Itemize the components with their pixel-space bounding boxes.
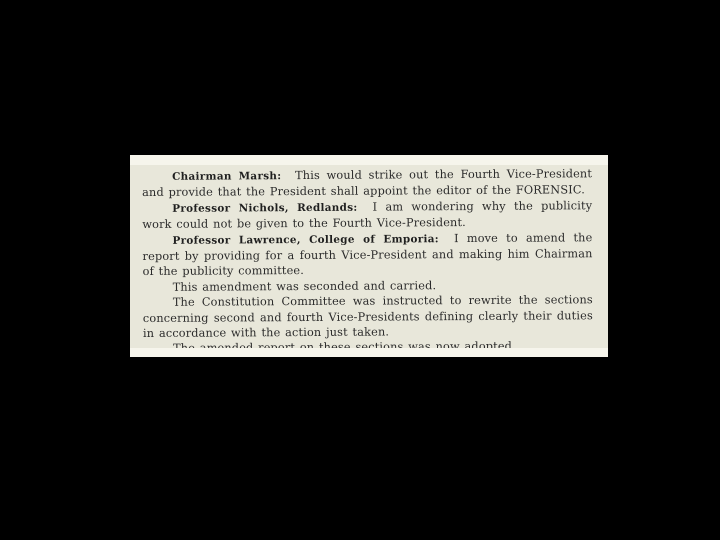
- paper-bottom-edge: [130, 348, 608, 357]
- speaker-name: Professor Lawrence, College of Emporia:: [172, 233, 439, 247]
- speaker-name: Professor Nichols, Redlands:: [172, 201, 357, 214]
- paragraph-professor-nichols: Professor Nichols, Redlands: I am wonder…: [142, 198, 592, 233]
- paragraph-text: This amendment was seconded and carried.: [173, 279, 437, 294]
- paper-top-edge: [130, 155, 608, 165]
- document-body: Chairman Marsh: This would strike out th…: [142, 166, 593, 357]
- speaker-name: Chairman Marsh:: [172, 170, 281, 183]
- scanned-document-page: Chairman Marsh: This would strike out th…: [130, 155, 608, 357]
- paragraph-professor-lawrence: Professor Lawrence, College of Emporia: …: [142, 230, 592, 280]
- paragraph-text: The Constitution Committee was instructe…: [143, 293, 593, 340]
- paragraph-constitution-committee: The Constitution Committee was instructe…: [143, 292, 593, 341]
- paragraph-chairman-marsh: Chairman Marsh: This would strike out th…: [142, 166, 592, 201]
